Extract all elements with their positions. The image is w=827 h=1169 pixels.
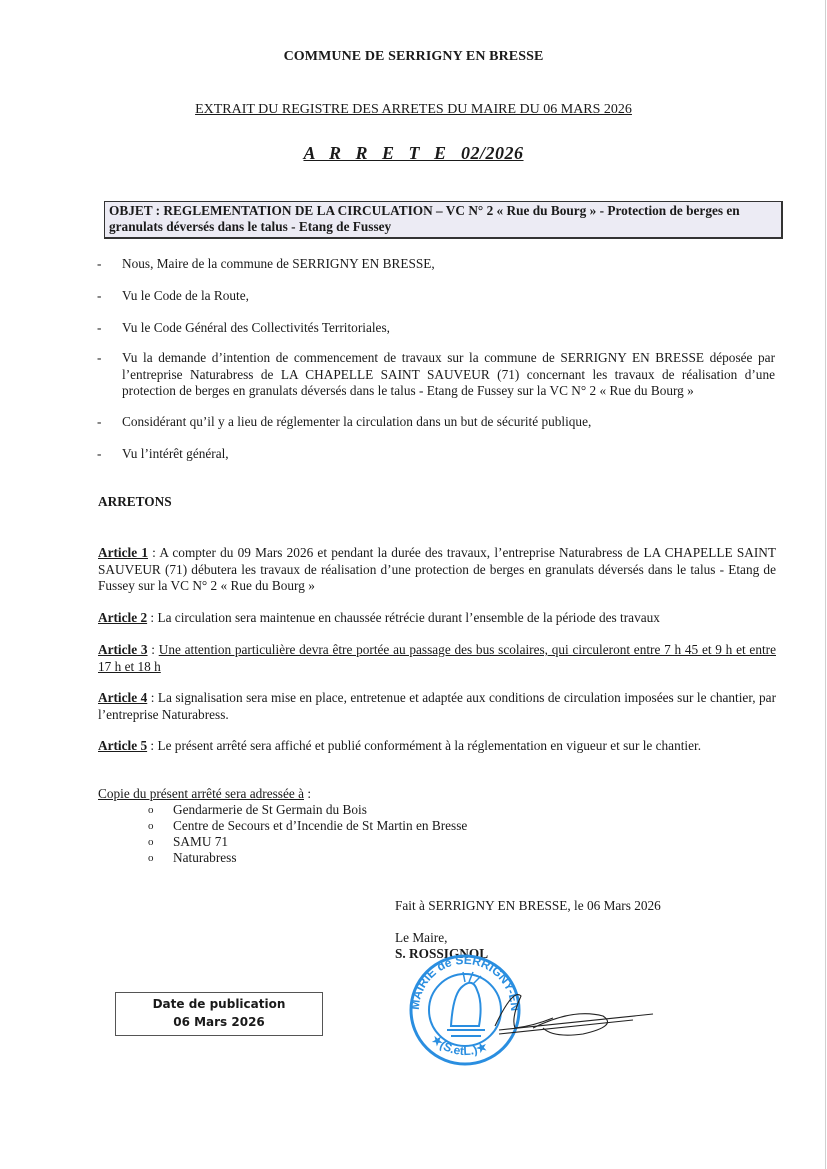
signer-role: Le Maire, [395,930,661,946]
objet-box: OBJET : REGLEMENTATION DE LA CIRCULATION… [104,201,783,239]
circle-bullet-icon: o [148,818,154,834]
recipient-item: oGendarmerie de St Germain du Bois [98,802,467,818]
circle-bullet-icon: o [148,850,154,866]
signed-at: Fait à SERRIGNY EN BRESSE, le 06 Mars 20… [395,898,661,914]
circle-bullet-icon: o [148,834,154,850]
page-edge [825,0,826,1169]
recipient-list: oGendarmerie de St Germain du Bois oCent… [98,802,467,866]
publication-date-box: Date de publication 06 Mars 2026 [115,992,323,1036]
arrete-number: 02/2026 [461,143,524,163]
commune-heading: COMMUNE DE SERRIGNY EN BRESSE [0,49,827,65]
publication-label: Date de publication [116,995,322,1013]
register-extract-heading: EXTRAIT DU REGISTRE DES ARRETES DU MAIRE… [0,102,827,118]
recipient-item: oNaturabress [98,850,467,866]
mairie-stamp: MAIRIE de SERRIGNY-EN-BRESSE ★(S.etL.)★ [403,948,663,1072]
article-2: Article 2 : La circulation sera maintenu… [98,610,776,627]
article-5: Article 5 : Le présent arrêté sera affic… [98,738,776,755]
svg-text:MAIRIE de SERRIGNY-EN-BRESSE: MAIRIE de SERRIGNY-EN-BRESSE [403,948,522,1012]
article-4: Article 4 : La signalisation sera mise e… [98,690,776,723]
arrete-word: A R R E T E [303,143,451,163]
recipient-item: oCentre de Secours et d’Incendie de St M… [98,818,467,834]
arretons-heading: ARRETONS [98,494,172,510]
recipient-item: oSAMU 71 [98,834,467,850]
publication-date: 06 Mars 2026 [116,1013,322,1031]
article-1: Article 1 : A compter du 09 Mars 2026 et… [98,545,776,595]
article-3: Article 3 : Une attention particulière d… [98,642,776,675]
circle-bullet-icon: o [148,802,154,818]
copy-recipients: Copie du présent arrêté sera adressée à … [98,786,467,866]
arrete-title: A R R E T E 02/2026 [0,143,827,164]
stamp-signature-icon: MAIRIE de SERRIGNY-EN-BRESSE ★(S.etL.)★ [403,948,663,1068]
copy-title: Copie du présent arrêté sera adressée à [98,786,304,801]
